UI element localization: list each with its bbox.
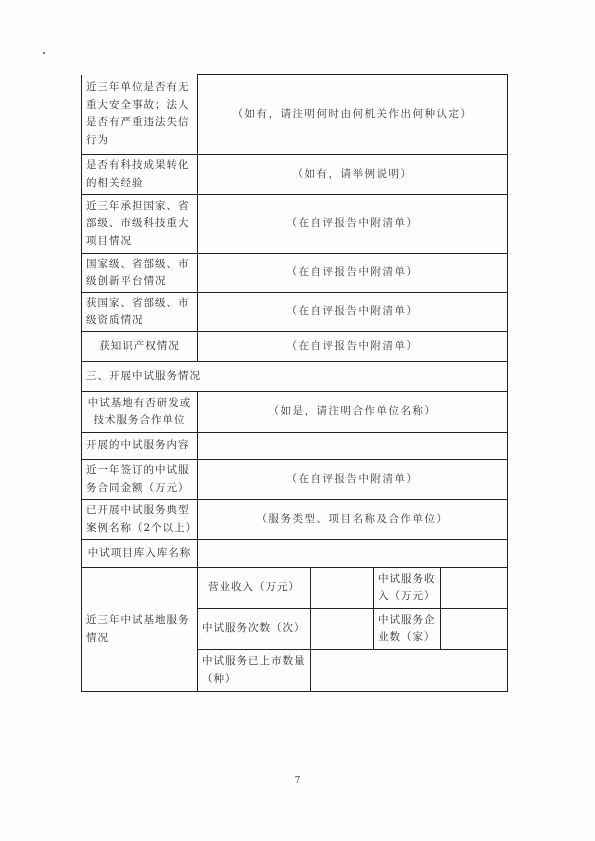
field-service-content[interactable] [198, 433, 508, 460]
row-label-ip: 获知识产权情况 [82, 332, 198, 362]
row-label-typical-cases: 已开展中试服务典型案例名称（2个以上） [82, 500, 198, 540]
table-row: 近三年中试基地服务情况 营业收入（万元） 中试服务收入（万元） [82, 568, 508, 609]
field-listed-count[interactable] [311, 650, 508, 692]
label-enterprise-count: 中试服务企业数（家） [374, 609, 441, 650]
table-row: 近三年单位是否有无重大安全事故；法人是否有严重违法失信行为 （如有，请注明何时由… [82, 75, 508, 155]
label-pilot-revenue: 中试服务收入（万元） [374, 568, 441, 609]
row-label-project-library: 中试项目库入库名称 [82, 540, 198, 568]
row-label-service-stats: 近三年中试基地服务情况 [82, 568, 198, 692]
scan-mark [43, 52, 45, 54]
field-project-library[interactable] [198, 540, 508, 568]
document-page: 近三年单位是否有无重大安全事故；法人是否有严重违法失信行为 （如有，请注明何时由… [0, 0, 595, 841]
table-row: 已开展中试服务典型案例名称（2个以上） （服务类型、项目名称及合作单位） [82, 500, 508, 540]
label-service-count: 中试服务次数（次） [198, 609, 311, 650]
table-row: 近一年签订的中试服务合同金额（万元） （在自评报告中附清单） [82, 460, 508, 500]
section-heading-row: 三、开展中试服务情况 [82, 362, 508, 392]
field-typical-cases[interactable]: （服务类型、项目名称及合作单位） [198, 500, 508, 540]
table-row: 获国家、省部级、市级资质情况 （在自评报告中附清单） [82, 293, 508, 332]
label-listed-count: 中试服务已上市数量（种） [198, 650, 311, 692]
page-number: 7 [0, 776, 595, 786]
field-safety-integrity[interactable]: （如有，请注明何时由何机关作出何种认定） [198, 75, 508, 155]
table-row: 是否有科技成果转化的相关经验 （如有，请举例说明） [82, 155, 508, 195]
section-heading: 三、开展中试服务情况 [82, 362, 508, 392]
field-partners[interactable]: （如是，请注明合作单位名称） [198, 392, 508, 433]
field-contract-amount[interactable]: （在自评报告中附清单） [198, 460, 508, 500]
field-enterprise-count[interactable] [441, 609, 508, 650]
table-row: 中试基地有否研发或技术服务合作单位 （如是，请注明合作单位名称） [82, 392, 508, 433]
field-revenue[interactable] [311, 568, 374, 609]
application-form-table: 近三年单位是否有无重大安全事故；法人是否有严重违法失信行为 （如有，请注明何时由… [81, 74, 508, 692]
table-row: 近三年承担国家、省部级、市级科技重大项目情况 （在自评报告中附清单） [82, 195, 508, 254]
field-tech-transfer[interactable]: （如有，请举例说明） [198, 155, 508, 195]
label-revenue: 营业收入（万元） [198, 568, 311, 609]
row-label-innovation-platforms: 国家级、省部级、市级创新平台情况 [82, 254, 198, 293]
field-innovation-platforms[interactable]: （在自评报告中附清单） [198, 254, 508, 293]
table-row: 获知识产权情况 （在自评报告中附清单） [82, 332, 508, 362]
row-label-partners: 中试基地有否研发或技术服务合作单位 [82, 392, 198, 433]
field-ip[interactable]: （在自评报告中附清单） [198, 332, 508, 362]
row-label-contract-amount: 近一年签订的中试服务合同金额（万元） [82, 460, 198, 500]
row-label-major-projects: 近三年承担国家、省部级、市级科技重大项目情况 [82, 195, 198, 254]
row-label-service-content: 开展的中试服务内容 [82, 433, 198, 460]
field-major-projects[interactable]: （在自评报告中附清单） [198, 195, 508, 254]
field-qualifications[interactable]: （在自评报告中附清单） [198, 293, 508, 332]
field-service-count[interactable] [311, 609, 374, 650]
table-row: 开展的中试服务内容 [82, 433, 508, 460]
row-label-tech-transfer: 是否有科技成果转化的相关经验 [82, 155, 198, 195]
row-label-safety-integrity: 近三年单位是否有无重大安全事故；法人是否有严重违法失信行为 [82, 75, 198, 155]
field-pilot-revenue[interactable] [441, 568, 508, 609]
row-label-qualifications: 获国家、省部级、市级资质情况 [82, 293, 198, 332]
table-row: 国家级、省部级、市级创新平台情况 （在自评报告中附清单） [82, 254, 508, 293]
table-row: 中试项目库入库名称 [82, 540, 508, 568]
